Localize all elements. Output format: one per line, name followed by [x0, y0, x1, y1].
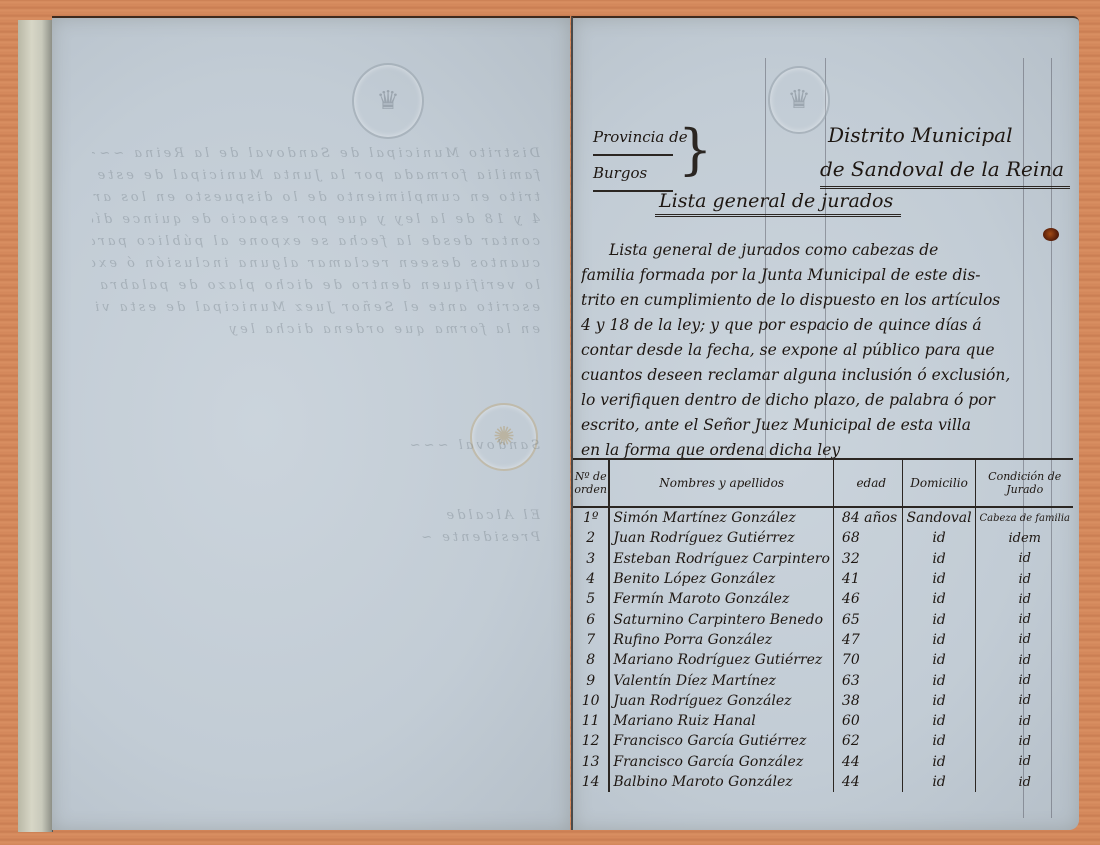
row-number: 1º: [573, 507, 609, 528]
page-stack-edge: [18, 20, 53, 832]
row-name: Valentín Díez Martínez: [609, 670, 833, 690]
table-row: 13 Francisco García González 44 id id: [573, 752, 1073, 772]
row-age: 41: [833, 569, 902, 589]
row-condition: idem: [976, 528, 1073, 548]
bleed-through-text: familia formada por la Junta Municipal d…: [92, 168, 540, 183]
row-name: Saturnino Carpintero Benedo: [609, 609, 833, 629]
row-domicile: id: [902, 569, 976, 589]
row-domicile: id: [902, 650, 976, 670]
row-condition: id: [976, 670, 1073, 690]
row-age: 44: [833, 772, 902, 792]
row-name: Francisco García Gutiérrez: [609, 731, 833, 751]
table-row: 2 Juan Rodríguez Gutiérrez 68 id idem: [573, 528, 1073, 548]
row-name: Esteban Rodríguez Carpintero: [609, 549, 833, 569]
row-number: 13: [573, 752, 609, 772]
header-age: edad: [833, 459, 902, 507]
table-row: 5 Fermín Maroto González 46 id id: [573, 589, 1073, 609]
row-number: 8: [573, 650, 609, 670]
paragraph-line: escrito, ante el Señor Juez Municipal de…: [581, 413, 1069, 438]
row-domicile: id: [902, 589, 976, 609]
row-age: 44: [833, 752, 902, 772]
row-name: Fermín Maroto González: [609, 589, 833, 609]
row-domicile: Sandoval: [902, 507, 976, 528]
row-age: 46: [833, 589, 902, 609]
district-heading: Distrito Municipal de Sandoval de la Rei…: [828, 118, 1070, 189]
row-age: 63: [833, 670, 902, 690]
row-age: 60: [833, 711, 902, 731]
row-domicile: id: [902, 772, 976, 792]
row-age: 47: [833, 630, 902, 650]
right-page: ♛ Provincia de Burgos } Distrito Municip…: [571, 16, 1079, 830]
jurors-table: Nº de orden Nombres y apellidos edad Dom…: [573, 458, 1073, 792]
row-condition: id: [976, 630, 1073, 650]
row-domicile: id: [902, 670, 976, 690]
bleed-through-text: trito en cumplimiento de lo dispuesto en…: [92, 190, 540, 205]
row-condition: id: [976, 609, 1073, 629]
paragraph-line: lo verifiquen dentro de dicho plazo, de …: [581, 388, 1069, 413]
district-line-2: de Sandoval de la Reina: [820, 152, 1070, 189]
row-condition: id: [976, 589, 1073, 609]
bleed-through-text: lo verifiquen dentro de dicho plazo de p…: [92, 278, 540, 293]
bleed-through-text: contar desde la fecha se expone al públi…: [92, 234, 540, 249]
district-line-1: Distrito Municipal: [828, 118, 1070, 152]
paragraph-line: contar desde la fecha, se expone al públ…: [581, 338, 1069, 363]
row-domicile: id: [902, 528, 976, 548]
embossed-seal-icon: ♛: [352, 63, 424, 139]
row-domicile: id: [902, 752, 976, 772]
paragraph-line: cuantos deseen reclamar alguna inclusión…: [581, 363, 1069, 388]
row-number: 5: [573, 589, 609, 609]
row-name: Mariano Ruiz Hanal: [609, 711, 833, 731]
list-title: Lista general de jurados: [655, 190, 901, 217]
row-condition: id: [976, 772, 1073, 792]
row-age: 70: [833, 650, 902, 670]
bleed-through-text: Presidente ~: [252, 530, 540, 545]
row-domicile: id: [902, 549, 976, 569]
row-condition: id: [976, 731, 1073, 751]
bleed-through-text: Distrito Municipal de Sandoval de la Rei…: [92, 146, 540, 161]
table-row: 3 Esteban Rodríguez Carpintero 32 id id: [573, 549, 1073, 569]
province-line-2: Burgos: [593, 156, 673, 192]
row-name: Benito López González: [609, 569, 833, 589]
table-row: 10 Juan Rodríguez González 38 id id: [573, 691, 1073, 711]
header-number: Nº de orden: [573, 459, 609, 507]
bleed-through-text: en la forma que ordena dicha ley: [92, 322, 540, 337]
bleed-through-text: Sandoval ~~~: [252, 438, 540, 453]
paragraph-line: Lista general de jurados como cabezas de: [581, 238, 1069, 263]
row-number: 12: [573, 731, 609, 751]
row-condition: id: [976, 711, 1073, 731]
paragraph-line: 4 y 18 de la ley; y que por espacio de q…: [581, 313, 1069, 338]
row-name: Simón Martínez González: [609, 507, 833, 528]
bleed-through-text: escrito ante el Señor Juez Municipal de …: [92, 300, 540, 315]
table-row: 1º Simón Martínez González 84 años Sando…: [573, 507, 1073, 528]
table-header-row: Nº de orden Nombres y apellidos edad Dom…: [573, 459, 1073, 507]
table-row: 6 Saturnino Carpintero Benedo 65 id id: [573, 609, 1073, 629]
row-name: Francisco García González: [609, 752, 833, 772]
embossed-seal-icon: ♛: [768, 66, 830, 134]
row-domicile: id: [902, 609, 976, 629]
row-condition: id: [976, 752, 1073, 772]
row-number: 9: [573, 670, 609, 690]
bleed-through-text: cuantos deseen reclamar alguna inclusión…: [92, 256, 540, 271]
header-name: Nombres y apellidos: [609, 459, 833, 507]
row-number: 10: [573, 691, 609, 711]
row-age: 38: [833, 691, 902, 711]
table-row: 8 Mariano Rodríguez Gutiérrez 70 id id: [573, 650, 1073, 670]
paragraph-line: trito en cumplimiento de lo dispuesto en…: [581, 288, 1069, 313]
bleed-through-text: 4 y 18 de la ley y que por espacio de qu…: [92, 212, 540, 227]
table-row: 14 Balbino Maroto González 44 id id: [573, 772, 1073, 792]
row-condition: id: [976, 650, 1073, 670]
row-number: 4: [573, 569, 609, 589]
table-row: 4 Benito López González 41 id id: [573, 569, 1073, 589]
row-age: 32: [833, 549, 902, 569]
row-age: 65: [833, 609, 902, 629]
row-name: Juan Rodríguez Gutiérrez: [609, 528, 833, 548]
row-number: 3: [573, 549, 609, 569]
row-domicile: id: [902, 630, 976, 650]
table-row: 7 Rufino Porra González 47 id id: [573, 630, 1073, 650]
open-ledger-book: ♛ ✺ Distrito Municipal de Sandoval de la…: [18, 16, 1080, 834]
row-number: 14: [573, 772, 609, 792]
row-domicile: id: [902, 691, 976, 711]
row-condition: Cabeza de familia: [976, 507, 1073, 528]
table-row: 11 Mariano Ruiz Hanal 60 id id: [573, 711, 1073, 731]
row-domicile: id: [902, 731, 976, 751]
row-condition: id: [976, 549, 1073, 569]
header-condition: Condición de Jurado: [976, 459, 1073, 507]
row-number: 7: [573, 630, 609, 650]
row-domicile: id: [902, 711, 976, 731]
row-number: 2: [573, 528, 609, 548]
paragraph-line: familia formada por la Junta Municipal d…: [581, 263, 1069, 288]
province-line-1: Provincia de: [593, 120, 673, 156]
row-condition: id: [976, 691, 1073, 711]
row-age: 68: [833, 528, 902, 548]
left-page: ♛ ✺ Distrito Municipal de Sandoval de la…: [52, 16, 570, 830]
row-name: Rufino Porra González: [609, 630, 833, 650]
row-name: Balbino Maroto González: [609, 772, 833, 792]
row-name: Juan Rodríguez González: [609, 691, 833, 711]
faded-seal-icon: ✺: [470, 403, 538, 471]
curly-brace-icon: }: [678, 118, 712, 181]
row-number: 11: [573, 711, 609, 731]
bleed-through-text: El Alcalde: [252, 508, 540, 523]
row-name: Mariano Rodríguez Gutiérrez: [609, 650, 833, 670]
row-age: 62: [833, 731, 902, 751]
proclamation-paragraph: Lista general de jurados como cabezas de…: [581, 238, 1069, 463]
header-domicile: Domicilio: [902, 459, 976, 507]
row-number: 6: [573, 609, 609, 629]
row-condition: id: [976, 569, 1073, 589]
table-row: 12 Francisco García Gutiérrez 62 id id: [573, 731, 1073, 751]
province-label: Provincia de Burgos: [593, 120, 673, 192]
table-row: 9 Valentín Díez Martínez 63 id id: [573, 670, 1073, 690]
row-age: 84 años: [833, 507, 902, 528]
